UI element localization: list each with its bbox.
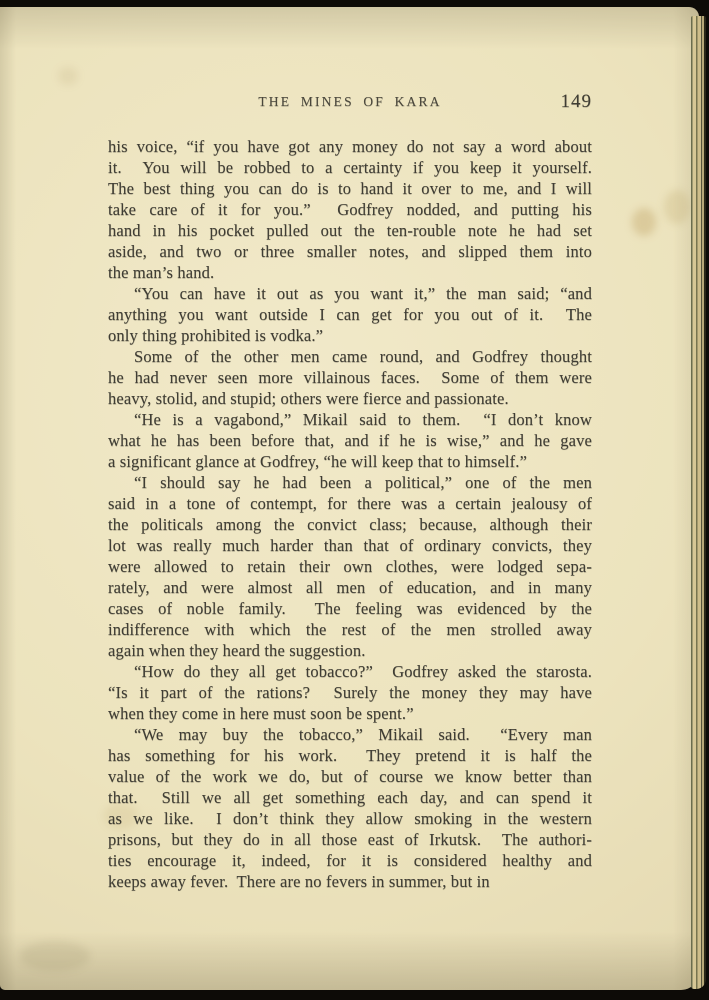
text-line: it. You will be robbed to a certainty if… [108,157,592,178]
running-title: THE MINES OF KARA [108,94,592,110]
text-line: only thing prohibited is vodka.” [108,325,592,346]
page-header: THE MINES OF KARA 149 [108,94,592,116]
text-line: the politicals among the convict class; … [108,514,592,535]
text-line: that. Still we all get something each da… [108,787,592,808]
text-line: “Is it part of the rations? Surely the m… [108,682,592,703]
text-line: his voice, “if you have got any money do… [108,136,592,157]
paper-stain [20,941,90,971]
paragraph: “You can have it out as you want it,” th… [108,283,592,346]
text-line: anything you want outside I can get for … [108,304,592,325]
paragraph: “How do they all get tobacco?” Godfrey a… [108,661,592,724]
paragraph: Some of the other men came round, and Go… [108,346,592,409]
text-line: hand in his pocket pulled out the ten-ro… [108,220,592,241]
text-line: heavy, stolid, and stupid; others were f… [108,388,592,409]
text-line: lot was really much harder than that of … [108,535,592,556]
text-line: rately, and were almost all men of educa… [108,577,592,598]
text-line: “You can have it out as you want it,” th… [108,283,592,304]
text-line: “How do they all get tobacco?” Godfrey a… [108,661,592,682]
scanned-book-spread: THE MINES OF KARA 149 his voice, “if you… [0,0,709,1000]
text-line: a significant glance at Godfrey, “he wil… [108,451,592,472]
paragraph: “He is a vagabond,” Mikail said to them.… [108,409,592,472]
text-line: cases of noble family. The feeling was e… [108,598,592,619]
text-line: indifference with which the rest of the … [108,619,592,640]
text-line: again when they heard the suggestion. [108,640,592,661]
text-line: has something for his work. They pretend… [108,745,592,766]
text-line: “We may buy the tobacco,” Mikail said. “… [108,724,592,745]
text-line: the man’s hand. [108,262,592,283]
paper-stain [58,67,78,85]
text-line: take care of it for you.” Godfrey nodded… [108,199,592,220]
text-line: were allowed to retain their own clothes… [108,556,592,577]
page-number: 149 [561,91,593,113]
text-line: he had never seen more villainous faces.… [108,367,592,388]
paragraph: “We may buy the tobacco,” Mikail said. “… [108,724,592,892]
book-page: THE MINES OF KARA 149 his voice, “if you… [0,7,699,990]
paragraph: his voice, “if you have got any money do… [108,136,592,283]
text-line: aside, and two or three smaller notes, a… [108,241,592,262]
text-line: Some of the other men came round, and Go… [108,346,592,367]
text-line: “I should say he had been a political,” … [108,472,592,493]
text-line: value of the work we do, but of course w… [108,766,592,787]
text-line: The best thing you can do is to hand it … [108,178,592,199]
text-line: “He is a vagabond,” Mikail said to them.… [108,409,592,430]
text-line: prisons, but they do in all those east o… [108,829,592,850]
paragraph: “I should say he had been a political,” … [108,472,592,661]
text-line: as we like. I don’t think they allow smo… [108,808,592,829]
text-line: keeps away fever. There are no fevers in… [108,871,592,892]
text-line: when they come in here must soon be spen… [108,703,592,724]
text-line: what he has been before that, and if he … [108,430,592,451]
book-page-edges [691,16,706,989]
text-block: his voice, “if you have got any money do… [108,136,592,892]
text-line: ties encourage it, indeed, for it is con… [108,850,592,871]
text-line: said in a tone of contempt, for there wa… [108,493,592,514]
